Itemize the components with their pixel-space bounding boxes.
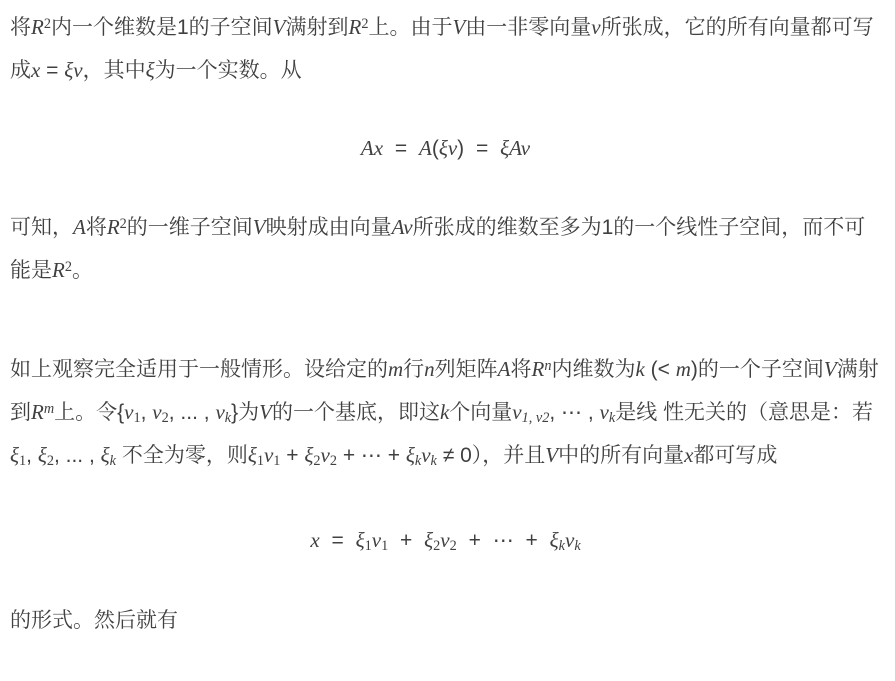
formula-ax-equals-xi-av: Ax = A(ξv) = ξAv	[10, 127, 881, 170]
paragraph-general-case: 如上观察完全适用于一般情形。设给定的m行n列矩阵A将Rn内维数为k (< m)的…	[10, 348, 881, 477]
paragraph-then-we-have: 的形式。然后就有	[10, 600, 881, 642]
paragraph-r2-subspace: 将R2内一个维数是1的子空间V满射到R2上。由于V由一非零向量v所张成，它的所有…	[10, 6, 881, 92]
paragraph-conclusion-r2: 可知，A将R2的一维子空间V映射成由向量Av所张成的维数至多为1的一个线性子空间…	[10, 206, 881, 292]
formula-x-linear-combination: x = ξ1v1 + ξ2v2 + ⋯ + ξkvk	[10, 519, 881, 562]
document-page: 将R2内一个维数是1的子空间V满射到R2上。由于V由一非零向量v所张成，它的所有…	[0, 0, 895, 681]
